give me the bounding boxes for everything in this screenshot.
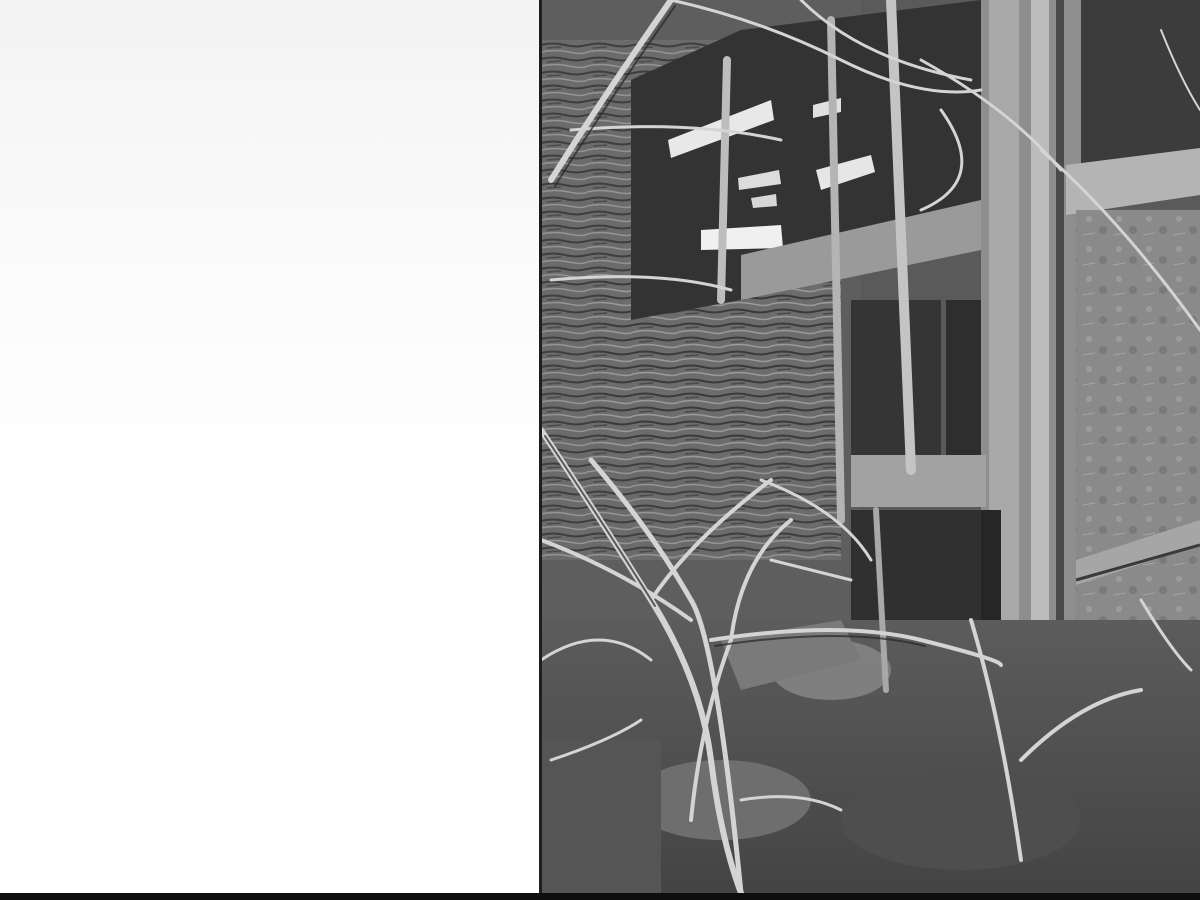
- photo-canvas: [0, 0, 1200, 900]
- ruined-building-photo: [541, 0, 1200, 893]
- rubble-ground: [541, 620, 1200, 893]
- overexposed-region: [0, 0, 541, 893]
- upper-window: [1066, 0, 1200, 165]
- bottom-border: [0, 893, 1200, 900]
- photo-left-border: [539, 0, 542, 893]
